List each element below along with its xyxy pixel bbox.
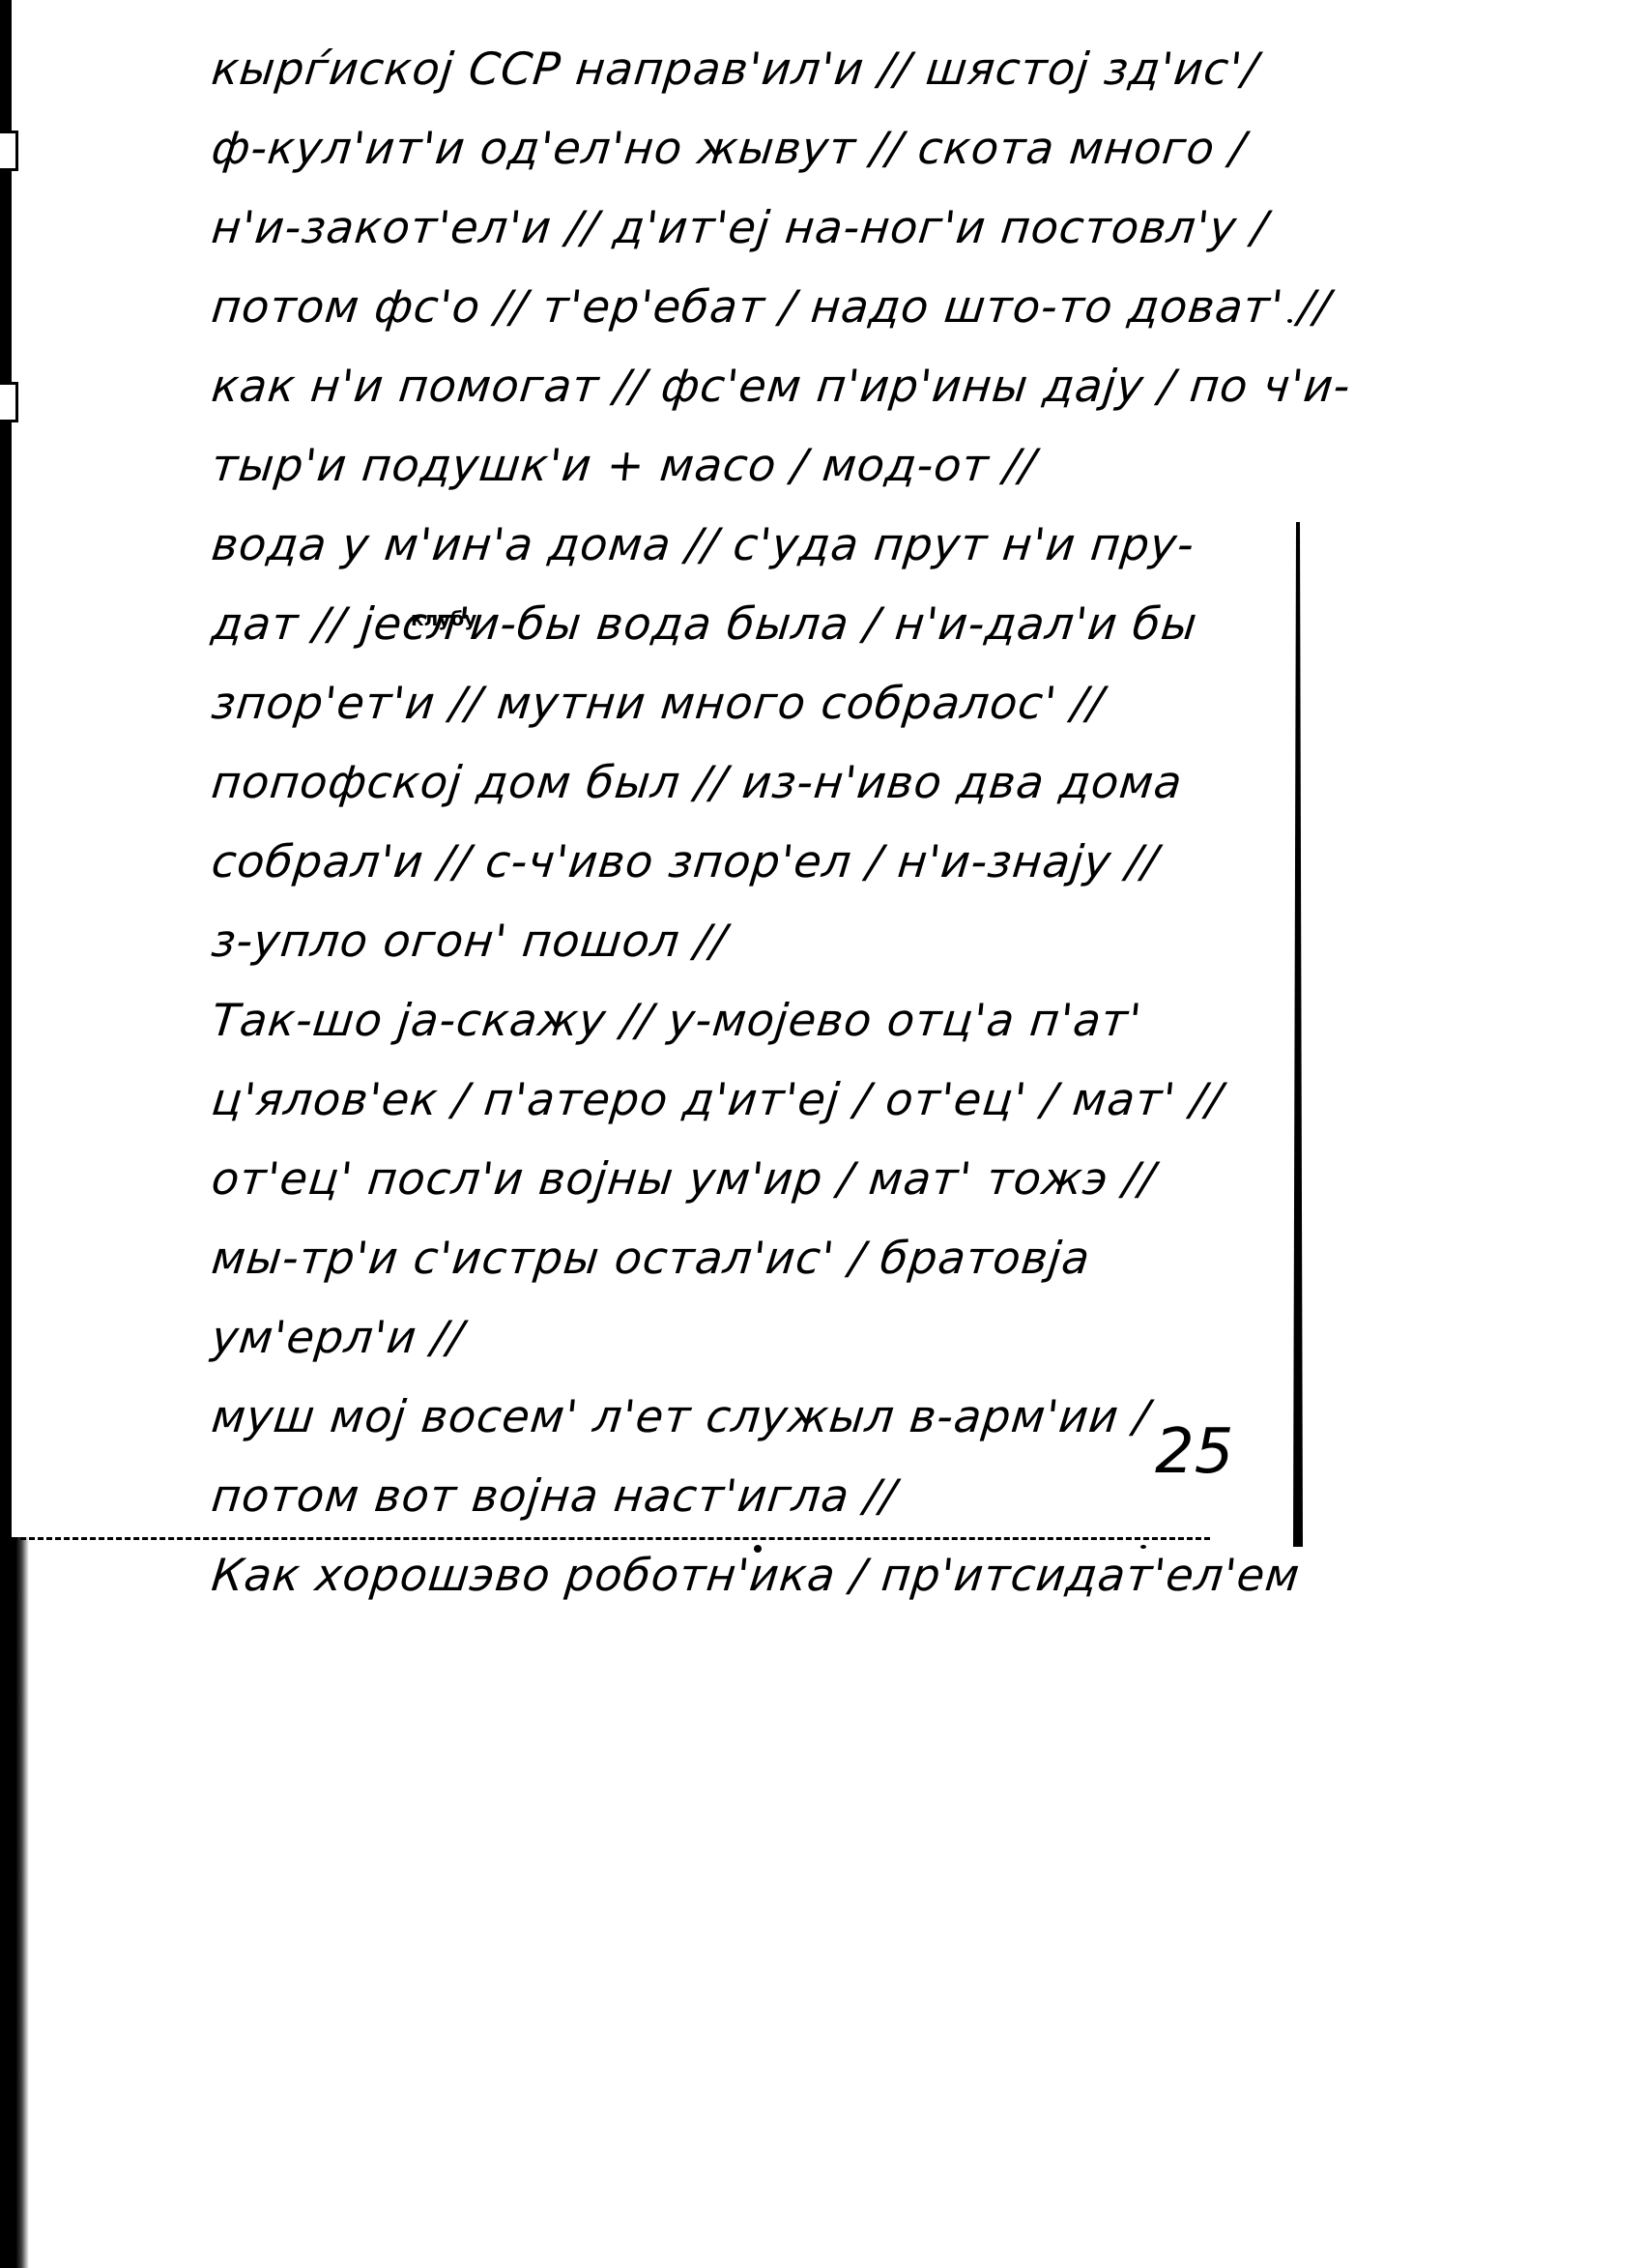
- scan-left-edge-bottom-shadow: [0, 1537, 29, 2268]
- interlinear-annotation: клубу: [411, 607, 476, 630]
- text-line: попофској дом был // из-н'иво два дома: [208, 742, 1299, 822]
- text-line: потом вот војна наст'игла //: [208, 1456, 1299, 1535]
- text-line: вода у м'ин'а дома // с'уда прут н'и пру…: [208, 505, 1299, 584]
- text-line: ф-кул'ит'и од'ел'но жывут // скота много…: [208, 108, 1299, 188]
- text-line: зпор'ет'и // мутни много собралос' //: [208, 663, 1299, 742]
- scan-speck: [754, 1545, 762, 1553]
- scanned-page: кырѓиској ССР направ'ил'и // шястој зд'и…: [0, 0, 1643, 2268]
- scan-left-edge-shadow: [0, 0, 12, 1537]
- text-line: потом фс'о // т'ер'ебат / надо што-то до…: [208, 267, 1299, 346]
- handwritten-text-block: кырѓиској ССР направ'ил'и // шястој зд'и…: [208, 29, 1290, 1614]
- text-line: муш мој восем' л'ет служыл в-арм'ии /: [208, 1377, 1299, 1456]
- text-line: ум'ерл'и //: [208, 1297, 1299, 1377]
- text-line: от'ец' посл'и војны ум'ир / мат' тожэ //: [208, 1139, 1299, 1218]
- text-line: собрал'и // с-ч'иво зпор'ел / н'и-знају …: [208, 822, 1299, 901]
- text-line: как н'и помогат // фс'ем п'ир'ины дају /…: [208, 346, 1299, 425]
- scan-edge-notch: [0, 382, 18, 422]
- text-line: Так-шо ја-скажу // у-мојево отц'а п'ат': [208, 980, 1299, 1060]
- text-line: дат // јесл'и-бы вода была / н'и-дал'и б…: [208, 584, 1299, 663]
- text-line: мы-тр'и с'истры остал'ис' / братовја: [208, 1218, 1299, 1297]
- text-line: тыр'и подушк'и + масо / мод-от //: [208, 425, 1299, 505]
- text-line: з-упло огон' пошол //: [208, 901, 1299, 980]
- scan-speck: [1287, 319, 1292, 323]
- scan-speck: [1140, 1545, 1146, 1549]
- text-line: н'и-закот'ел'и // д'ит'еј на-ног'и посто…: [208, 188, 1299, 267]
- text-line: ц'ялов'ек / п'атеро д'ит'еј / от'ец' / м…: [208, 1060, 1299, 1139]
- scan-edge-notch: [0, 131, 18, 171]
- page-number: 25: [1155, 1416, 1233, 1488]
- text-line: кырѓиској ССР направ'ил'и // шястој зд'и…: [208, 29, 1299, 108]
